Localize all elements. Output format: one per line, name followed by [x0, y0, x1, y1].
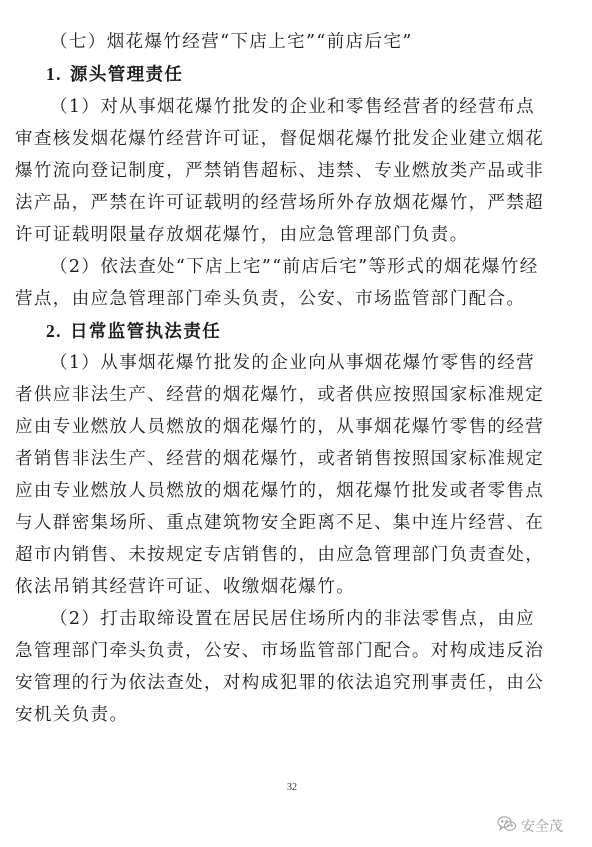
watermark-label: 安全茂 — [521, 816, 563, 836]
paragraph-line: （1）从事烟花爆竹批发的企业向从事烟花爆竹零售的经营 — [50, 353, 490, 373]
paragraph-line: 营点，由应急管理部门牵头负责，公安、市场监管部门配合。 — [15, 289, 455, 309]
wechat-icon — [497, 815, 517, 837]
watermark: 安全茂 — [497, 815, 563, 837]
paragraph-line: 者销售非法生产、经营的烟花爆竹，或者销售按照国家标准规定 — [15, 449, 455, 469]
paragraph-line: （2）打击取缔设置在居民居住场所内的非法零售点，由应 — [50, 609, 490, 629]
paragraph-line: 依法吊销其经营许可证、收缴烟花爆竹。 — [15, 577, 455, 597]
subsection-number: 1. — [46, 64, 62, 84]
document-page: （七）烟花爆竹经营“下店上宅”“前店后宅” 1.源头管理责任 （1）对从事烟花爆… — [0, 0, 592, 847]
paragraph-line: （1）对从事烟花爆竹批发的企业和零售经营者的经营布点 — [50, 97, 490, 117]
subsection-heading-1: 1.源头管理责任 — [46, 64, 486, 85]
paragraph-line: 安管理的行为依法查处，对构成犯罪的依法追究刑事责任，由公 — [15, 673, 455, 693]
subsection-title: 源头管理责任 — [70, 65, 183, 85]
paragraph-line: 法产品，严禁在许可证载明的经营场所外存放烟花爆竹，严禁超 — [15, 193, 455, 213]
paragraph-line: （2）依法查处“下店上宅”“前店后宅”等形式的烟花爆竹经 — [50, 257, 490, 277]
paragraph-line: 急管理部门牵头负责，公安、市场监管部门配合。对构成违反治 — [15, 641, 455, 661]
section-title: （七）烟花爆竹经营“下店上宅”“前店后宅” — [50, 32, 490, 52]
paragraph-line: 与人群密集场所、重点建筑物安全距离不足、集中连片经营、在 — [15, 513, 455, 533]
paragraph-line: 审查核发烟花爆竹经营许可证，督促烟花爆竹批发企业建立烟花 — [15, 129, 455, 149]
paragraph-line: 超市内销售、未按规定专店销售的，由应急管理部门负责查处， — [15, 545, 455, 565]
paragraph-line: 者供应非法生产、经营的烟花爆竹，或者供应按照国家标准规定 — [15, 385, 455, 405]
subsection-heading-2: 2.日常监管执法责任 — [46, 321, 486, 342]
paragraph-line: 应由专业燃放人员燃放的烟花爆竹的，烟花爆竹批发或者零售点 — [15, 481, 455, 501]
paragraph-line: 许可证载明限量存放烟花爆竹，由应急管理部门负责。 — [15, 225, 455, 245]
page-number: 32 — [287, 782, 297, 793]
paragraph-line: 安机关负责。 — [15, 705, 455, 725]
paragraph-line: 应由专业燃放人员燃放的烟花爆竹的，从事烟花爆竹零售的经营 — [15, 417, 455, 437]
subsection-number: 2. — [46, 321, 62, 341]
subsection-title: 日常监管执法责任 — [70, 322, 221, 342]
paragraph-line: 爆竹流向登记制度，严禁销售超标、违禁、专业燃放类产品或非 — [15, 161, 455, 181]
